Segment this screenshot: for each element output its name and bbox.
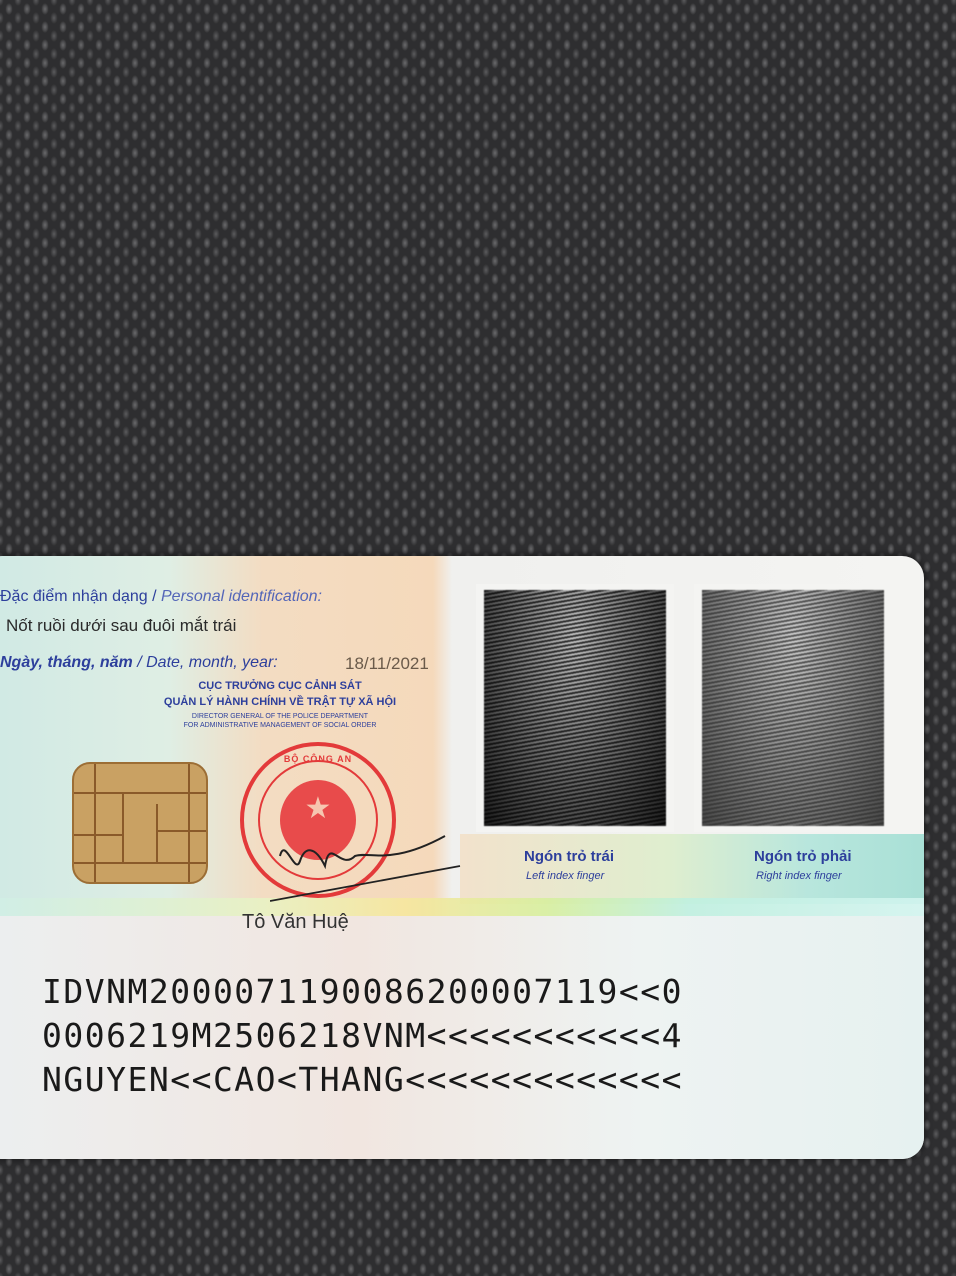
left-fingerprint — [476, 584, 674, 832]
fingerprint-label-band — [460, 834, 924, 904]
issue-date-value: 18/11/2021 — [345, 654, 429, 674]
fingerprint-image — [702, 590, 884, 826]
issuer-title-en-line2: FOR ADMINISTRATIVE MANAGEMENT OF SOCIAL … — [110, 722, 450, 729]
left-finger-label: Ngón trỏ trái — [524, 848, 614, 865]
issuer-title-en-line1: DIRECTOR GENERAL OF THE POLICE DEPARTMEN… — [110, 713, 450, 720]
signature — [270, 826, 470, 906]
mrz-line-3: NGUYEN<<CAO<THANG<<<<<<<<<<<<< — [42, 1060, 683, 1099]
right-fingerprint — [694, 584, 892, 832]
smart-chip-icon — [72, 762, 208, 884]
issue-date-label: Ngày, tháng, năm / Date, month, year: — [0, 654, 278, 672]
right-finger-label-en: Right index finger — [756, 870, 842, 882]
left-finger-label-en: Left index finger — [526, 870, 604, 882]
seal-text: BỘ CÔNG AN — [244, 754, 392, 764]
personal-identification-label: Đặc điểm nhận dạng / Personal identifica… — [0, 588, 322, 606]
mrz-line-2: 0006219M2506218VNM<<<<<<<<<<<4 — [42, 1016, 683, 1055]
personal-identification-value: Nốt ruồi dưới sau đuôi mắt trái — [6, 616, 236, 636]
signatory-name: Tô Văn Huệ — [242, 911, 349, 934]
mrz-line-1: IDVNM2000071190086200007119<<0 — [42, 972, 683, 1011]
fingerprint-image — [484, 590, 666, 826]
issuer-title-line1: CỤC TRƯỞNG CỤC CẢNH SÁT — [130, 680, 430, 692]
star-icon: ★ — [280, 794, 356, 824]
issuer-title-line2: QUẢN LÝ HÀNH CHÍNH VỀ TRẬT TỰ XÃ HỘI — [110, 696, 450, 708]
right-finger-label: Ngón trỏ phải — [754, 848, 852, 865]
id-card-back: Đặc điểm nhận dạng / Personal identifica… — [0, 556, 924, 1159]
